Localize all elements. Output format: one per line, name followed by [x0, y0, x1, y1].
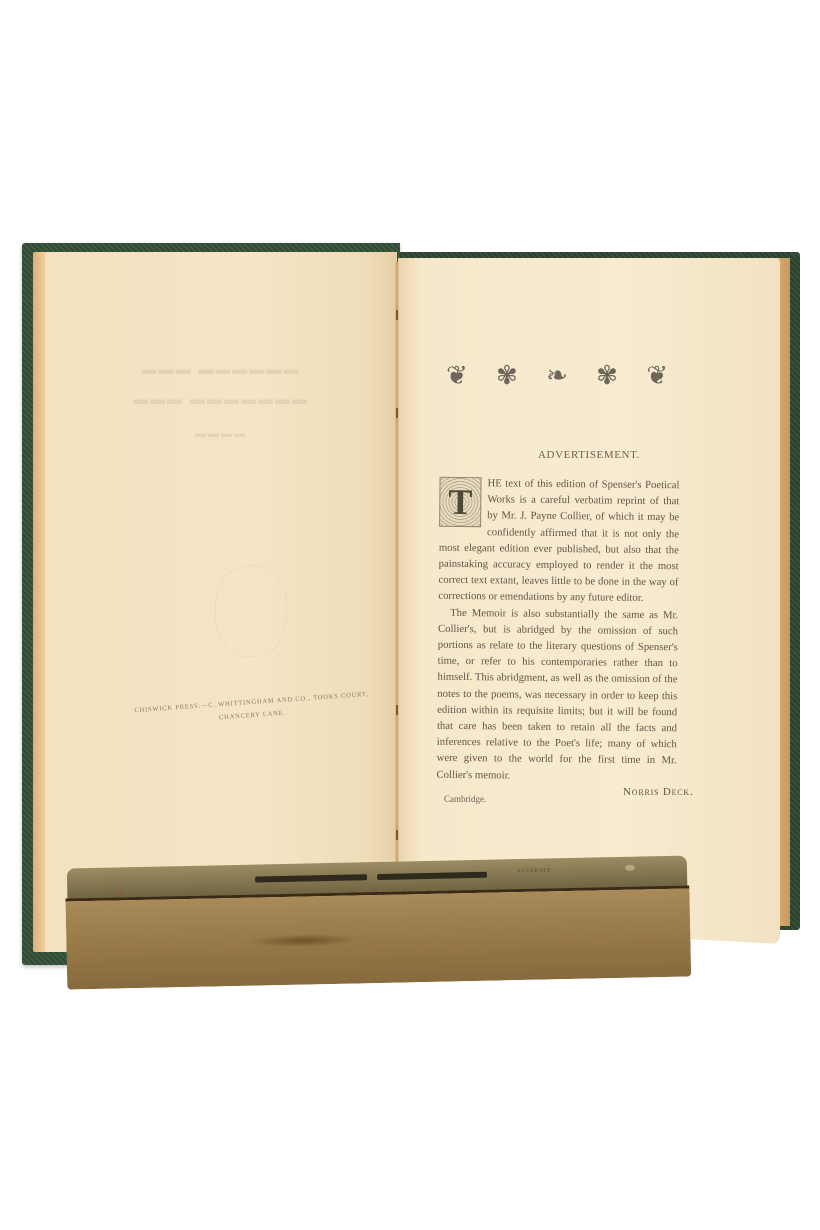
level-stamp: ACCURATE — [517, 868, 552, 874]
scroll-ornament-icon: ✾ — [596, 363, 618, 389]
level-vial-slot — [255, 874, 367, 882]
paragraph-2: The Memoir is also substantially the sam… — [436, 604, 678, 785]
cherub-ornament-icon: ❦ — [646, 363, 668, 389]
scroll-ornament-icon: ❧ — [546, 363, 568, 389]
brass-screw-icon — [625, 865, 635, 871]
page-heading: ADVERTISEMENT. — [398, 449, 780, 461]
book-photo-scene: ▬▬▬ ▬▬▬▬▬▬ ▬▬▬ ▬▬▬▬▬▬▬ ▬▬▬▬ CHISWICK PRE… — [0, 0, 820, 1230]
place-signature: Cambridge. — [444, 794, 486, 804]
scroll-ornament-icon: ✾ — [496, 363, 518, 389]
ornamental-headpiece: ❦ ✾ ❧ ✾ ❦ — [446, 354, 668, 398]
advertisement-body: THE text of this edition of Spenser's Po… — [436, 475, 679, 785]
spirit-level: ▪▪ ACCURATE — [65, 855, 693, 988]
level-vial-slot — [377, 872, 487, 880]
wooden-level-body — [65, 885, 691, 989]
show-through-text: ▬▬▬▬ — [45, 428, 397, 440]
decorated-drop-cap: T — [439, 477, 482, 527]
author-signature: Norris Deck. — [623, 786, 694, 798]
show-through-ornament — [215, 565, 287, 657]
right-page-content: ❦ ✾ ❧ ✾ ❦ ADVERTISEMENT. THE text of thi… — [398, 258, 780, 944]
cherub-ornament-icon: ❦ — [446, 363, 468, 389]
level-mark: ▪▪ — [119, 889, 124, 897]
paragraph-1: THE text of this edition of Spenser's Po… — [438, 475, 679, 607]
show-through-text: ▬▬▬ ▬▬▬▬▬▬▬ — [45, 392, 397, 409]
show-through-text: ▬▬▬ ▬▬▬▬▬▬ — [45, 362, 397, 379]
